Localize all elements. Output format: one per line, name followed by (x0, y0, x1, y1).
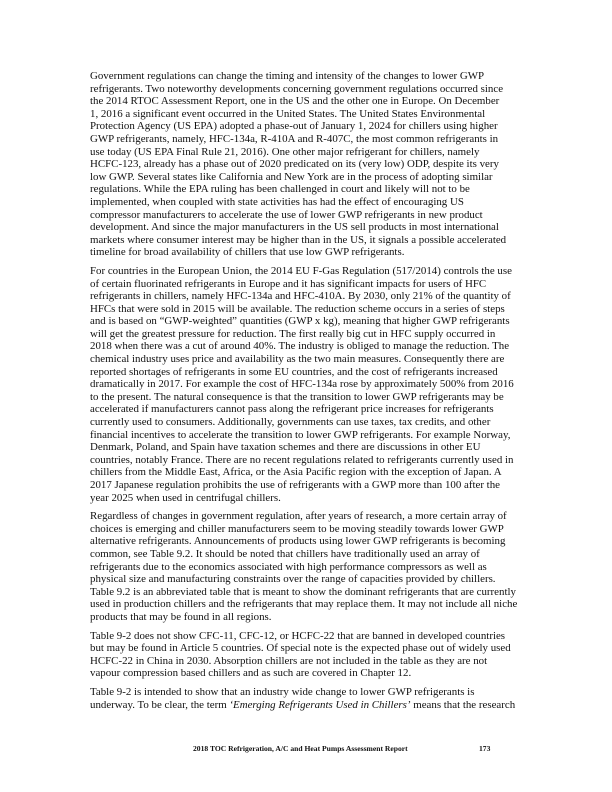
paragraph-industry-change: Table 9-2 is intended to show that an in… (90, 686, 560, 711)
paragraph-eu-fgas-regulation: For countries in the European Union, the… (90, 265, 560, 504)
footer-report-title: 2018 TOC Refrigeration, A/C and Heat Pum… (193, 744, 408, 753)
paragraph-text-after: means that the research (411, 699, 516, 711)
emphasized-term: ‘Emerging Refrigerants Used in Chillers’ (229, 699, 410, 711)
page-body: Government regulations can change the ti… (90, 70, 560, 717)
paragraph-government-regulations: Government regulations can change the ti… (90, 70, 560, 259)
page-number: 173 (479, 744, 490, 753)
paragraph-table-note: Table 9-2 does not show CFC-11, CFC-12, … (90, 630, 560, 680)
paragraph-emerging-choices: Regardless of changes in government regu… (90, 510, 560, 623)
